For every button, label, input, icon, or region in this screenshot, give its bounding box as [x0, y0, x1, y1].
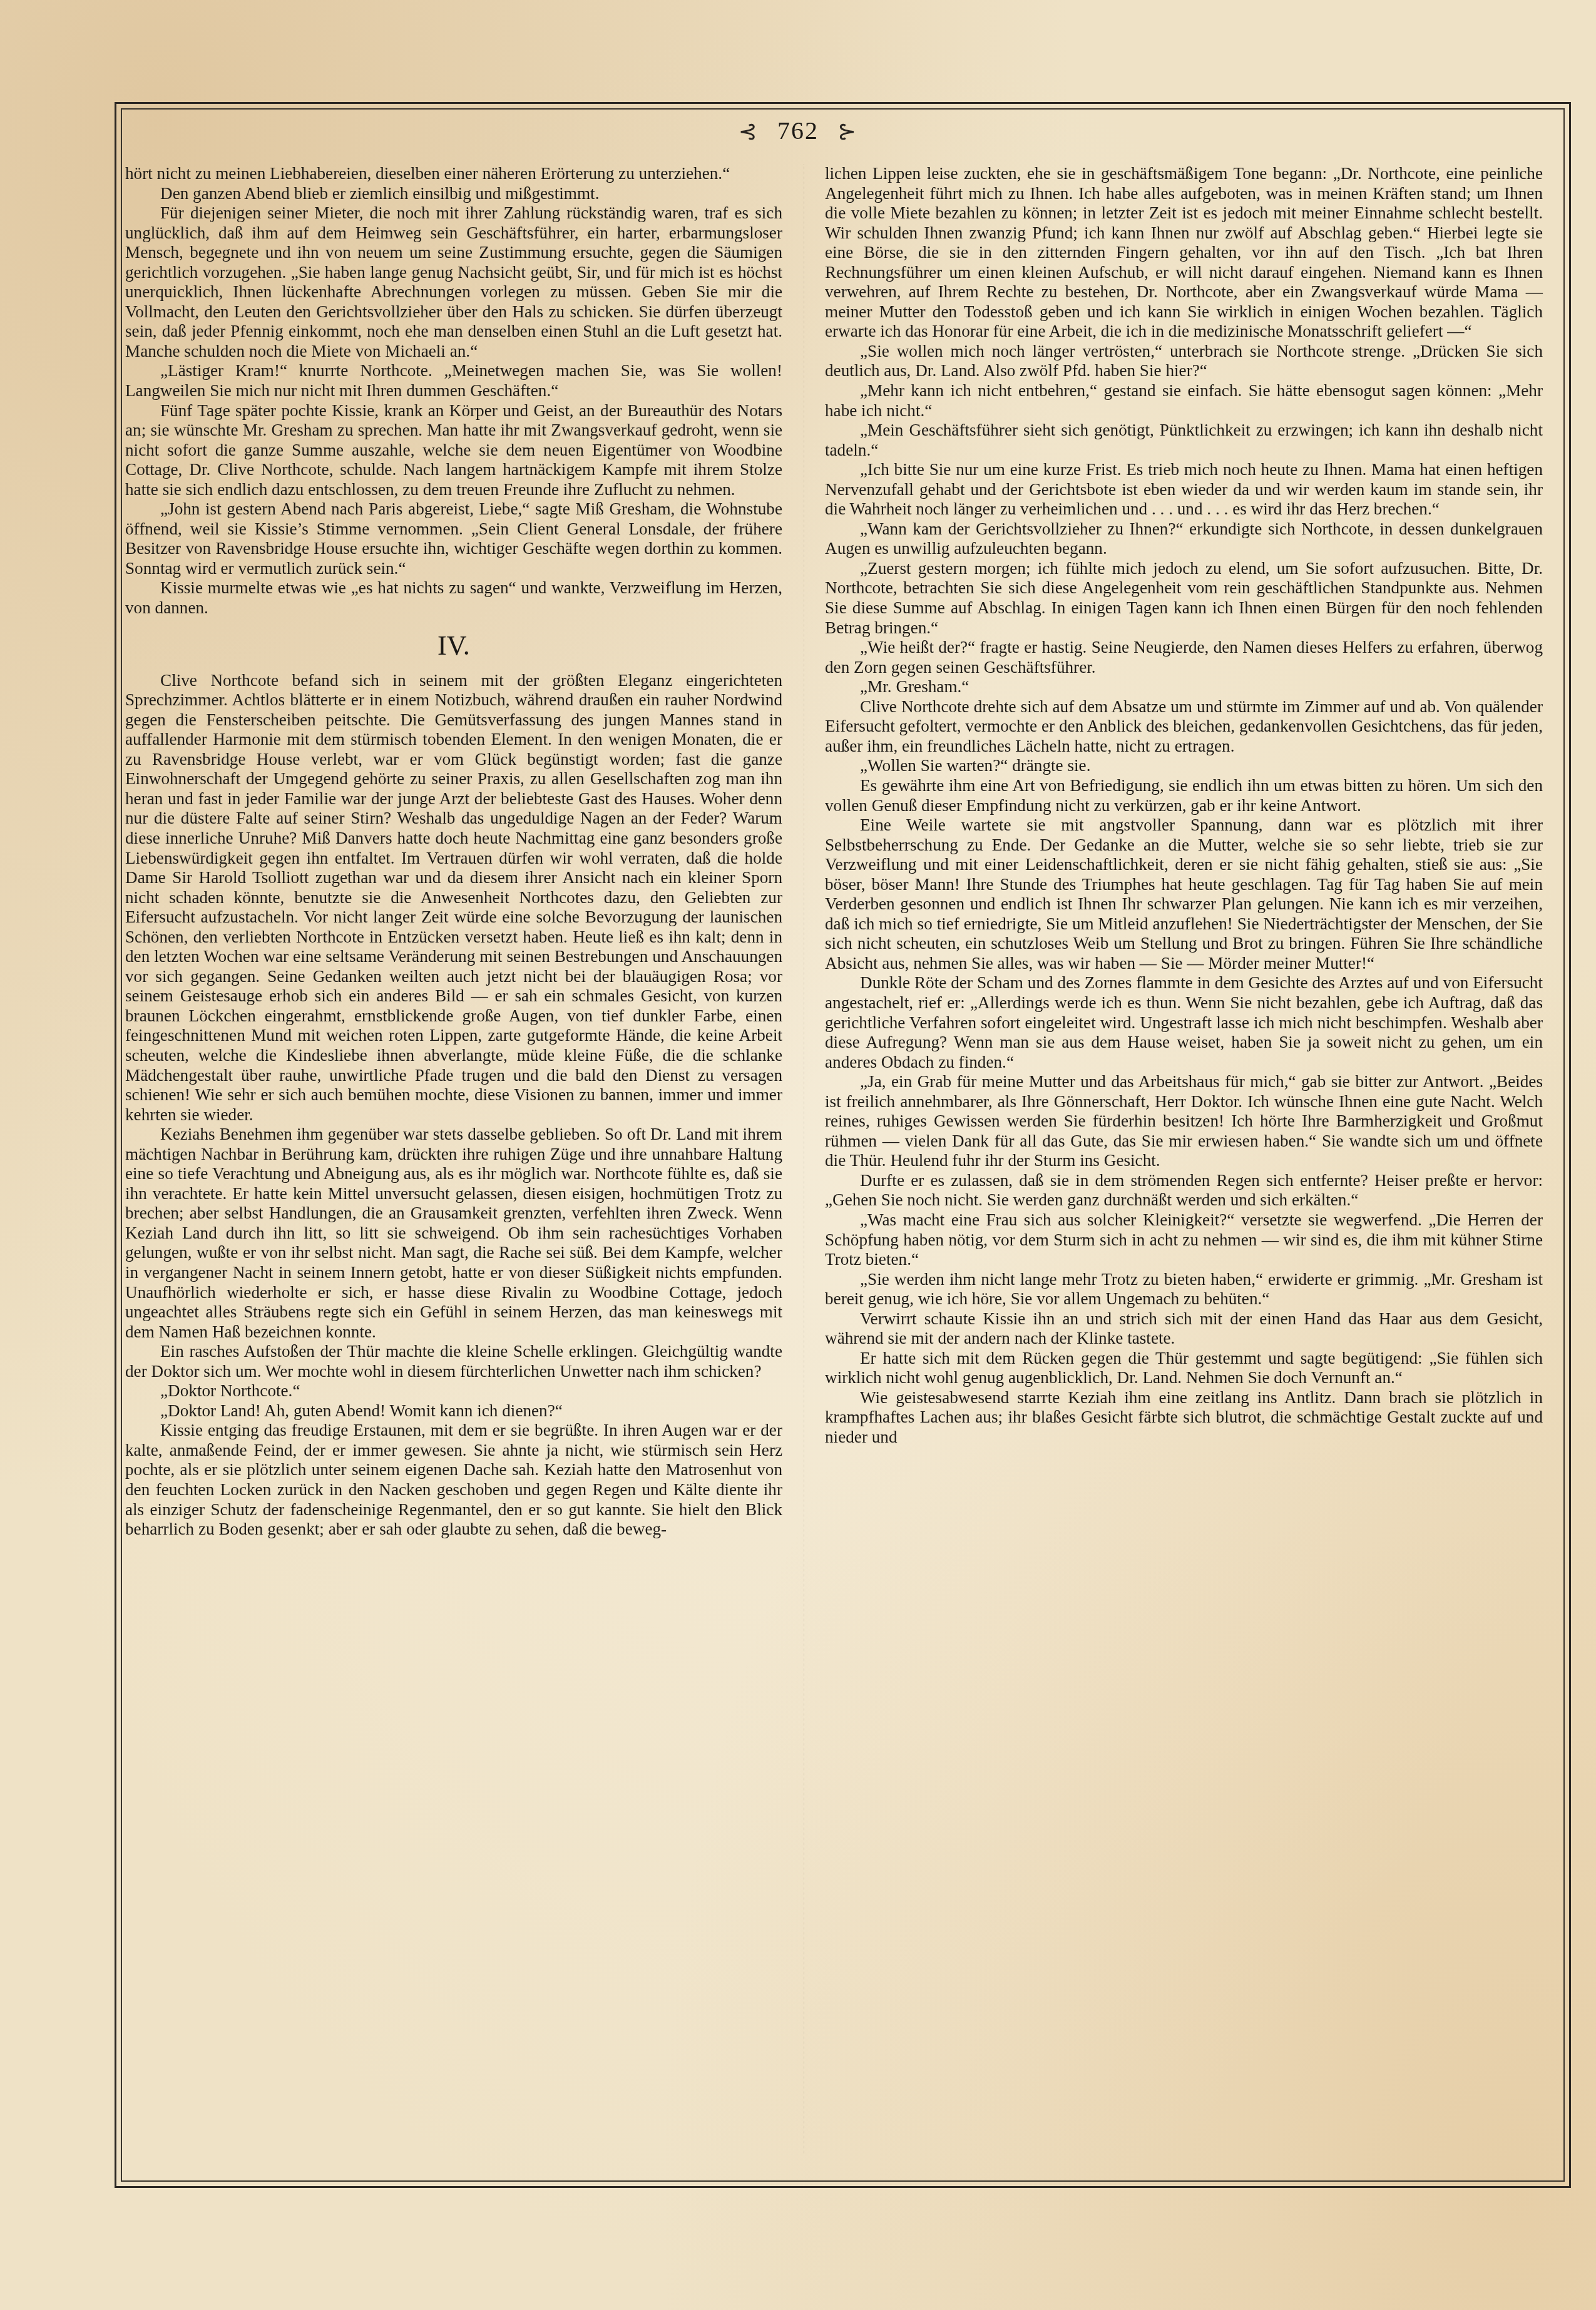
paragraph: „Ja, ein Grab für meine Mutter und das A…: [825, 1072, 1543, 1171]
paragraph: Wie geistesabwesend starrte Keziah ihm e…: [825, 1388, 1543, 1448]
paragraph: Den ganzen Abend blieb er ziemlich einsi…: [125, 184, 782, 204]
paragraph: Dunkle Röte der Scham und des Zornes fla…: [825, 973, 1543, 1072]
paragraph: Fünf Tage später pochte Kissie, krank an…: [125, 401, 782, 500]
paragraph: „Doktor Northcote.“: [125, 1381, 782, 1401]
paragraph: Für diejenigen seiner Mieter, die noch m…: [125, 203, 782, 361]
paragraph: „Mehr kann ich nicht entbehren,“ gestand…: [825, 381, 1543, 421]
paragraph: Es gewährte ihm eine Art von Befriedigun…: [825, 776, 1543, 815]
paragraph: Verwirrt schaute Kissie ihn an und stric…: [825, 1309, 1543, 1349]
ornament-right-icon: ⊱: [826, 119, 869, 144]
paragraph: „Sie werden ihm nicht lange mehr Trotz z…: [825, 1270, 1543, 1309]
paragraph: lichen Lippen leise zuckten, ehe sie in …: [825, 164, 1543, 342]
paragraph: „Was macht eine Frau sich aus solcher Kl…: [825, 1210, 1543, 1270]
left-column: hört nicht zu meinen Liebhabereien, dies…: [125, 164, 782, 1540]
page-header: ⊰ 762 ⊱: [0, 116, 1596, 145]
paragraph: „John ist gestern Abend nach Paris abger…: [125, 499, 782, 578]
column-divider: [804, 164, 804, 2154]
paragraph: „Sie wollen mich noch länger vertrösten,…: [825, 342, 1543, 381]
right-column: lichen Lippen leise zuckten, ehe sie in …: [825, 164, 1543, 1448]
paragraph: Durfte er es zulassen, daß sie in dem st…: [825, 1171, 1543, 1210]
paragraph: Er hatte sich mit dem Rücken gegen die T…: [825, 1349, 1543, 1388]
paragraph: „Wollen Sie warten?“ drängte sie.: [825, 756, 1543, 776]
paragraph: „Zuerst gestern morgen; ich fühlte mich …: [825, 559, 1543, 638]
section-heading: IV.: [125, 627, 782, 665]
paragraph: Eine Weile wartete sie mit angstvoller S…: [825, 815, 1543, 973]
paragraph: Clive Northcote drehte sich auf dem Absa…: [825, 697, 1543, 757]
paragraph: „Wann kam der Gerichtsvollzieher zu Ihne…: [825, 519, 1543, 559]
page-number: 762: [777, 116, 819, 145]
paragraph: „Mein Geschäftsführer sieht sich genötig…: [825, 421, 1543, 460]
paragraph: Kissie murmelte etwas wie „es hat nichts…: [125, 578, 782, 618]
paragraph: Clive Northcote befand sich in seinem mi…: [125, 671, 782, 1125]
paragraph: Kissie entging das freudige Erstaunen, m…: [125, 1421, 782, 1539]
paragraph: „Lästiger Kram!“ knurrte Northcote. „Mei…: [125, 361, 782, 401]
paragraph: „Ich bitte Sie nur um eine kurze Frist. …: [825, 460, 1543, 519]
paragraph: Ein rasches Aufstoßen der Thür machte di…: [125, 1342, 782, 1381]
paragraph: hört nicht zu meinen Liebhabereien, dies…: [125, 164, 782, 184]
paragraph: „Doktor Land! Ah, guten Abend! Womit kan…: [125, 1401, 782, 1421]
paragraph: „Wie heißt der?“ fragte er hastig. Seine…: [825, 638, 1543, 677]
ornament-left-icon: ⊰: [727, 119, 770, 144]
paragraph: Keziahs Benehmen ihm gegenüber war stets…: [125, 1125, 782, 1342]
paragraph: „Mr. Gresham.“: [825, 677, 1543, 697]
